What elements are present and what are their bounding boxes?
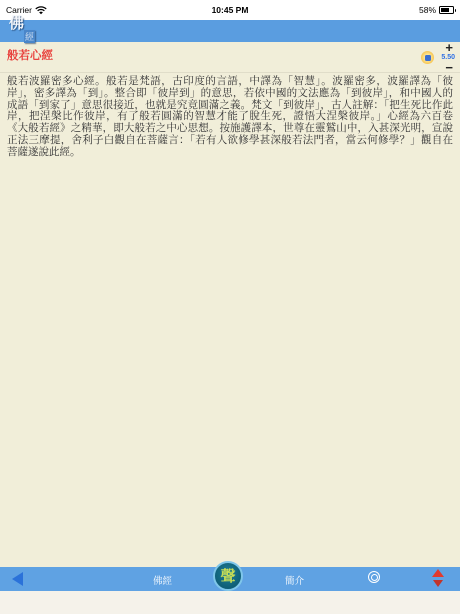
sound-button[interactable]: 聲 bbox=[213, 561, 243, 591]
bottom-toolbar: 佛經 聲 簡介 bbox=[0, 567, 460, 591]
title-row: 般若心經 + 5.50 − bbox=[0, 42, 460, 73]
increase-button[interactable]: + bbox=[445, 40, 453, 55]
repeat-icon[interactable] bbox=[368, 571, 380, 583]
nav-bar: 評分 分享 bbox=[0, 20, 460, 42]
scroll-down-icon[interactable] bbox=[433, 580, 443, 587]
font-size-controls: + 5.50 − bbox=[422, 42, 456, 72]
page-title: 般若心經 bbox=[7, 47, 53, 63]
sutra-body-text: 般若波羅密多心經。般若是梵語，古印度的言語，中譯為「智慧」。波羅密多，波羅譯為「… bbox=[7, 76, 453, 159]
app-screen: Carrier 10:45 PM 58% 評分 分享 佛 經 般若心經 + bbox=[0, 0, 460, 614]
status-bar: Carrier 10:45 PM 58% bbox=[0, 0, 460, 20]
sound-button-label: 聲 bbox=[220, 569, 235, 584]
bottom-strip bbox=[0, 591, 460, 614]
app-logo-icon[interactable]: 佛 經 bbox=[8, 13, 38, 43]
intro-tab[interactable]: 簡介 bbox=[285, 573, 304, 587]
battery-percent-label: 58% bbox=[419, 5, 436, 15]
battery-icon bbox=[439, 6, 454, 14]
clock-label: 10:45 PM bbox=[0, 5, 460, 15]
logo-char-bottom: 經 bbox=[24, 30, 35, 43]
scroll-arrows bbox=[431, 569, 445, 589]
decrease-button[interactable]: − bbox=[445, 60, 453, 75]
scriptures-tab[interactable]: 佛經 bbox=[153, 573, 172, 587]
status-right: 58% bbox=[419, 5, 454, 15]
logo-char-top: 佛 bbox=[9, 12, 24, 33]
back-icon[interactable] bbox=[12, 572, 23, 586]
scroll-up-icon[interactable] bbox=[432, 569, 444, 577]
sun-seal-icon[interactable] bbox=[421, 51, 434, 64]
